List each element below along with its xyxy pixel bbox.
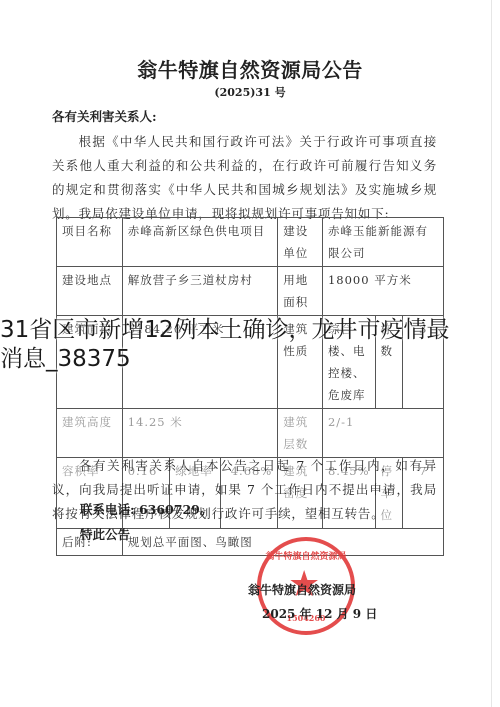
cell-value: 14.25 米 [122, 409, 278, 458]
signer-name: 翁牛特旗自然资源局 [248, 581, 356, 598]
headline-overlay: 31省区市新增12例本土确诊，龙井市疫情最 消息_38375 [0, 316, 500, 374]
cell-value: 赤峰玉能新能源有限公司 [322, 218, 443, 267]
table-row: 建筑高度 14.25 米 建筑层数 2/-1 [57, 409, 444, 458]
cell-value: 解放营子乡三道杖房村 [122, 267, 278, 316]
headline-line-2: 消息_38375 [0, 345, 500, 374]
intro-paragraph-text: 根据《中华人民共和国行政许可法》关于行政许可事项直接关系他人重大利益的和公共利益… [52, 134, 437, 221]
cell-label: 用地面积 [278, 267, 323, 316]
seal-ring-text: 翁牛特旗自然资源局 [261, 549, 351, 562]
closing-text: 特此公告 [80, 525, 130, 543]
intro-paragraph: 根据《中华人民共和国行政许可法》关于行政许可事项直接关系他人重大利益的和公共利益… [52, 130, 437, 226]
cell-label: 建筑高度 [57, 409, 123, 458]
document-number: (2025)31 号 [0, 84, 500, 100]
cell-value: 2/-1 [322, 409, 443, 458]
cell-label: 建筑层数 [278, 409, 323, 458]
headline-line-1: 31省区市新增12例本土确诊，龙井市疫情最 [0, 316, 500, 345]
table-row: 建设地点 解放营子乡三道杖房村 用地面积 18000 平方米 [57, 267, 444, 316]
cell-label: 建设地点 [57, 267, 123, 316]
cell-label: 项目名称 [57, 218, 123, 267]
cell-label: 建设单位 [278, 218, 323, 267]
cell-value: 18000 平方米 [322, 267, 443, 316]
salutation: 各有关利害关系人: [52, 107, 157, 125]
table-row: 项目名称 赤峰高新区绿色供电项目 建设单位 赤峰玉能新能源有限公司 [57, 218, 444, 267]
cell-value: 赤峰高新区绿色供电项目 [122, 218, 278, 267]
signature-date: 2025 年 12 月 9 日 [262, 605, 377, 622]
document-title: 翁牛特旗自然资源局公告 [0, 54, 500, 83]
contact-phone: 联系电话: 6360729。 [80, 500, 212, 518]
